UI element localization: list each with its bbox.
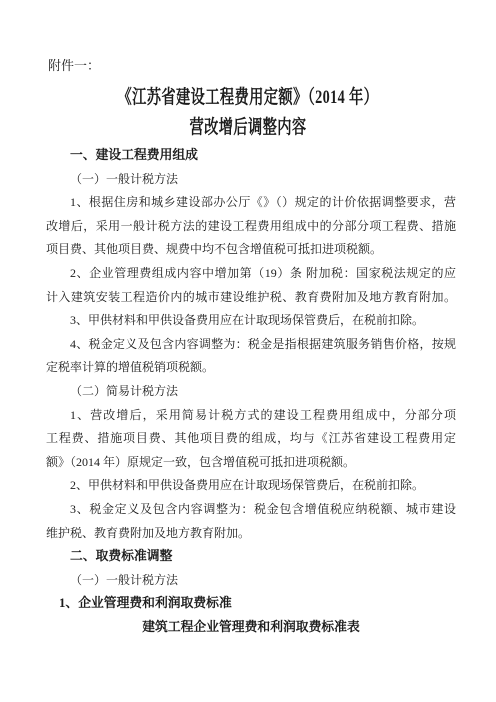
para-5-line-3: 额》（2014 年）原规定一致，包含增值税可抵扣进项税额。 — [46, 451, 456, 475]
para-4-line-2: 定税率计算的增值税销项税额。 — [46, 356, 456, 380]
heading-general-tax-method: （一）一般计税方法 — [46, 168, 456, 192]
heading-section-2: 二、取费标准调整 — [46, 545, 456, 569]
document-page: 附件一： 《江苏省建设工程费用定额》（2014 年） 营改增后调整内容 一、建设… — [0, 0, 496, 702]
attachment-label: 附件一： — [48, 58, 100, 74]
para-7-line-1: 3、税金定义及包含内容调整为：税金包含增值税应纳税额、城市建设 — [46, 498, 456, 522]
document-title-line-2: 营改增后调整内容 — [0, 113, 496, 143]
para-7-line-2: 维护税、教育费附加及地方教育附加。 — [46, 522, 456, 546]
para-1-line-3: 项目费、其他项目费、规费中均不包含增值税可抵扣进项税额。 — [46, 238, 456, 262]
document-title-text-1: 《江苏省建设工程费用定额》（2014 年） — [118, 83, 379, 113]
para-1-line-2: 改增后，采用一般计税方法的建设工程费用组成中的分部分项工程费、措施 — [46, 215, 456, 239]
para-2-line-2: 计入建筑安装工程造价内的城市建设维护税、教育费附加及地方教育附加。 — [46, 286, 456, 310]
document-title: 《江苏省建设工程费用定额》（2014 年） 营改增后调整内容 — [0, 83, 496, 143]
para-5-line-2: 工程费、措施项目费、其他项目费的组成，均与《江苏省建设工程费用定 — [46, 427, 456, 451]
heading-section-1: 一、建设工程费用组成 — [46, 144, 456, 168]
para-3-line-1: 3、甲供材料和甲供设备费用应在计取现场保管费后，在税前扣除。 — [46, 309, 456, 333]
heading-simple-tax-method: （二）简易计税方法 — [46, 380, 456, 404]
heading-general-tax-method-2: （一）一般计税方法 — [46, 569, 456, 593]
document-title-text-2: 营改增后调整内容 — [189, 113, 306, 143]
document-body: 一、建设工程费用组成 （一）一般计税方法 1、根据住房和城乡建设部办公厅《》（）… — [46, 144, 456, 639]
table-title: 建筑工程企业管理费和利润取费标准表 — [46, 616, 456, 640]
para-4-line-1: 4、税金定义及包含内容调整为：税金是指根据建筑服务销售价格，按规 — [46, 333, 456, 357]
para-2-line-1: 2、企业管理费组成内容中增加第（19）条 附加税：国家税法规定的应 — [46, 262, 456, 286]
document-title-line-1: 《江苏省建设工程费用定额》（2014 年） — [0, 83, 496, 113]
para-6-line-1: 2、甲供材料和甲供设备费用应在计取现场保管费后，在税前扣除。 — [46, 474, 456, 498]
heading-fee-standard: 1、企业管理费和利润取费标准 — [46, 592, 456, 616]
para-1-line-1: 1、根据住房和城乡建设部办公厅《》（）规定的计价依据调整要求，营 — [46, 191, 456, 215]
para-5-line-1: 1、营改增后，采用简易计税方式的建设工程费用组成中，分部分项 — [46, 404, 456, 428]
